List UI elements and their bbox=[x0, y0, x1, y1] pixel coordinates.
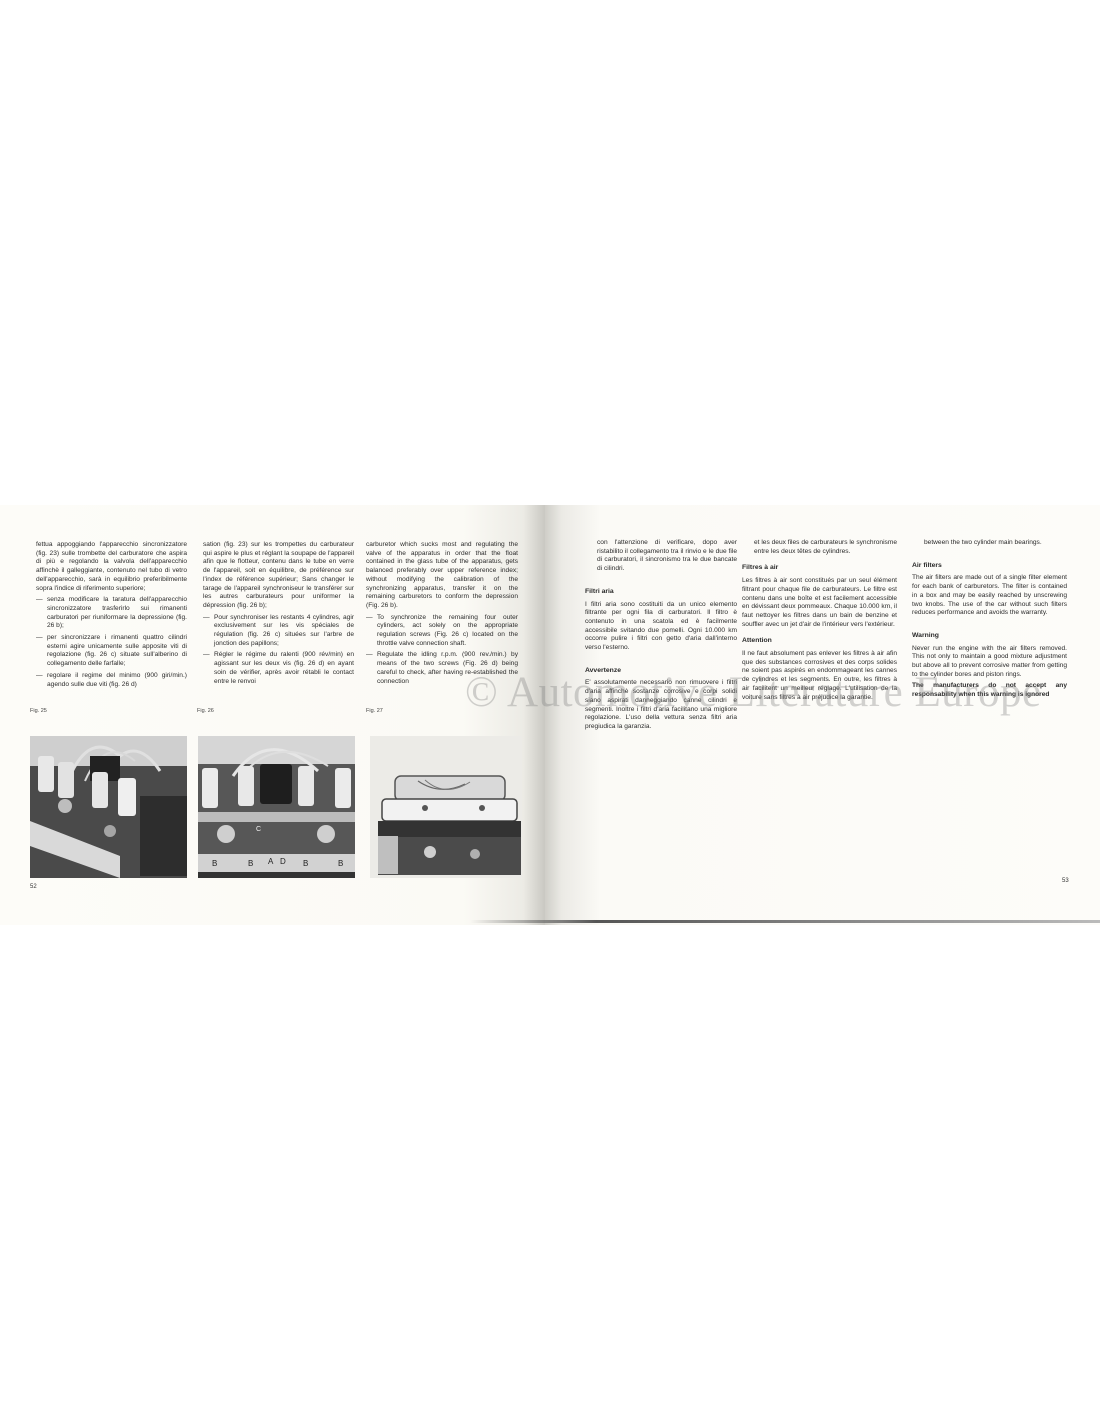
warning-emphasis: The manufacturers do not accept any resp… bbox=[912, 682, 1067, 699]
engine-photo-fig27 bbox=[370, 736, 522, 878]
section-heading: Filtri aria bbox=[585, 588, 737, 597]
instruction-step: Regulate the idling r.p.m. (900 rev./min… bbox=[366, 651, 518, 686]
paragraph: carburetor which sucks most and regulati… bbox=[366, 541, 518, 611]
engine-photo-fig26: B B A D B B C bbox=[198, 736, 355, 878]
instruction-step: To synchronize the remaining four outer … bbox=[366, 614, 518, 649]
continued-paragraph: et les deux files de carburateurs le syn… bbox=[742, 539, 897, 556]
svg-text:A: A bbox=[268, 857, 274, 866]
instruction-step: Régler le régime du ralenti (900 rév/min… bbox=[203, 651, 354, 686]
svg-text:B: B bbox=[303, 859, 308, 868]
section-body: I filtri aria sono costituiti da un unic… bbox=[585, 601, 737, 653]
section-body: Les filtres à air sont constitués par un… bbox=[742, 577, 897, 629]
figure-label-27: Fig. 27 bbox=[366, 708, 383, 714]
section-heading: Attention bbox=[742, 637, 897, 646]
section-heading: Avvertenze bbox=[585, 667, 737, 676]
section-body: Never run the engine with the air filter… bbox=[912, 645, 1067, 680]
paragraph: fettua appoggiando l'apparecchio sincron… bbox=[36, 541, 187, 593]
page-number-left: 52 bbox=[30, 884, 37, 890]
section-body: Il ne faut absolument pas enlever les fi… bbox=[742, 650, 897, 702]
right-column-english: between the two cylinder main bearings.A… bbox=[912, 539, 1067, 703]
svg-text:C: C bbox=[256, 826, 261, 833]
svg-text:B: B bbox=[338, 859, 343, 868]
section-body: E' assolutamente necessario non rimuover… bbox=[585, 679, 737, 731]
section-heading: Air filters bbox=[912, 562, 1067, 571]
figure-label-26: Fig. 26 bbox=[197, 708, 214, 714]
right-column-italian: con l'attenzione di verificare, dopo ave… bbox=[585, 539, 737, 735]
section-body: The air filters are made out of a single… bbox=[912, 574, 1067, 618]
right-column-french: et les deux files de carburateurs le syn… bbox=[742, 539, 897, 705]
page-bottom-edge bbox=[470, 920, 1100, 923]
left-column-english: carburetor which sucks most and regulati… bbox=[366, 541, 518, 689]
continued-paragraph: con l'attenzione di verificare, dopo ave… bbox=[585, 539, 737, 574]
instruction-step: regolare il regime del minimo (900 giri/… bbox=[36, 672, 187, 689]
instruction-step: per sincronizzare i rimanenti quattro ci… bbox=[36, 634, 187, 669]
continued-paragraph: between the two cylinder main bearings. bbox=[912, 539, 1067, 548]
paragraph: sation (fig. 23) sur les trompettes du c… bbox=[203, 541, 354, 611]
instruction-step: senza modificare la taratura dell'appare… bbox=[36, 596, 187, 631]
svg-text:B: B bbox=[248, 859, 253, 868]
svg-text:D: D bbox=[280, 857, 286, 866]
section-heading: Warning bbox=[912, 632, 1067, 641]
page-number-right: 53 bbox=[1062, 878, 1069, 884]
svg-text:B: B bbox=[212, 859, 217, 868]
engine-photo-fig25 bbox=[30, 736, 187, 878]
left-column-italian: fettua appoggiando l'apparecchio sincron… bbox=[36, 541, 187, 692]
instruction-step: Pour synchroniser les restants 4 cylindr… bbox=[203, 614, 354, 649]
figure-label-25: Fig. 25 bbox=[30, 708, 47, 714]
left-column-french: sation (fig. 23) sur les trompettes du c… bbox=[203, 541, 354, 689]
section-heading: Filtres à air bbox=[742, 564, 897, 573]
